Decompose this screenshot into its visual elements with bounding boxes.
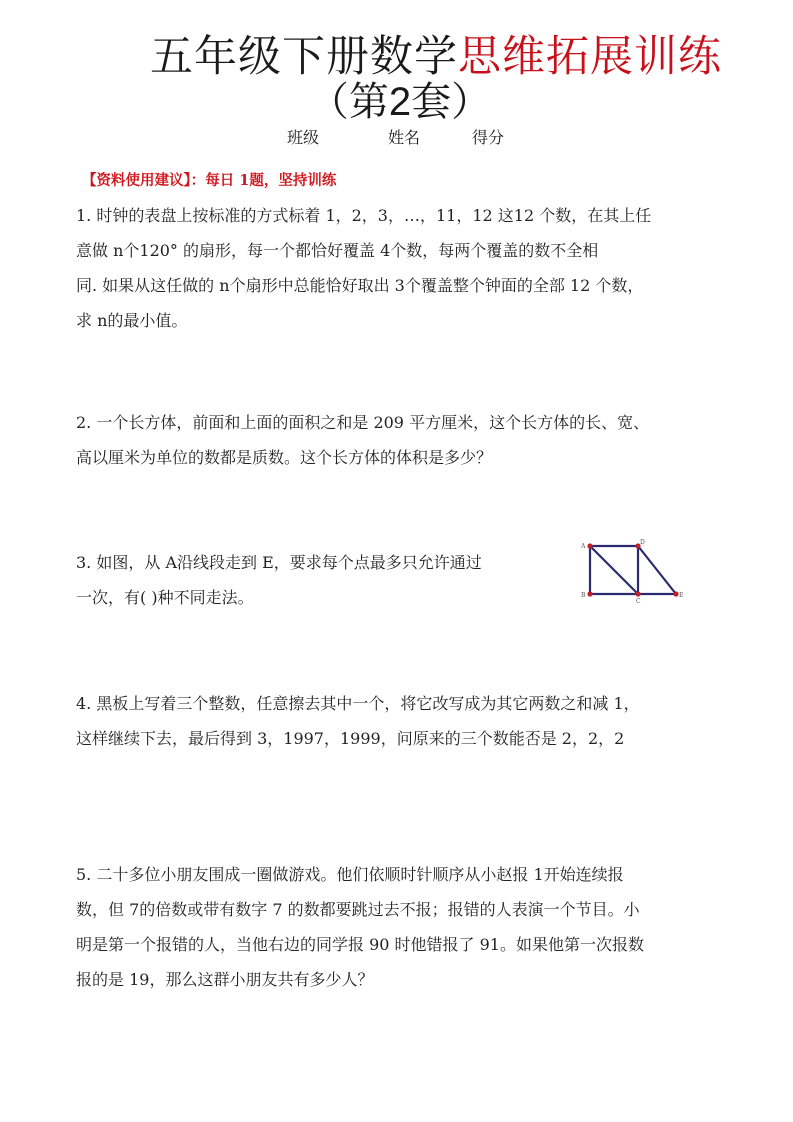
question-4: 4. 黑板上写着三个整数，任意擦去其中一个，将它改写成为其它两数之和减 1， 这… <box>76 686 736 756</box>
question-3: 3. 如图，从 A沿线段走到 E，要求每个点最多只允许通过 一次，有( )种不同… <box>76 545 556 615</box>
question-line: 1. 时钟的表盘上按标准的方式标着 1，2，3，…，11，12 这12 个数，在… <box>76 198 736 233</box>
usage-tip: 【资料使用建议】：每日 1题，坚持训练 <box>82 171 336 191</box>
question-line: 求 n的最小值。 <box>76 303 736 338</box>
page-subtitle: （第2套） <box>300 78 500 126</box>
name-field-label: 姓名 <box>388 128 420 150</box>
path-graph-figure: A D B C E <box>580 538 690 604</box>
usage-tip-label: 【资料使用建议】 <box>82 172 191 189</box>
question-1: 1. 时钟的表盘上按标准的方式标着 1，2，3，…，11，12 这12 个数，在… <box>76 198 736 338</box>
title-red: 思维拓展训练 <box>458 33 722 81</box>
question-line: 5. 二十多位小朋友围成一圈做游戏。他们依顺时针顺序从小赵报 1开始连续报 <box>76 857 736 892</box>
question-5: 5. 二十多位小朋友围成一圈做游戏。他们依顺时针顺序从小赵报 1开始连续报 数，… <box>76 857 736 997</box>
question-line: 这样继续下去，最后得到 3，1997，1999，问原来的三个数能否是 2，2，2 <box>76 721 736 756</box>
usage-tip-text: ：每日 1题，坚持训练 <box>191 172 337 189</box>
question-line: 意做 n个120° 的扇形，每一个都恰好覆盖 4个数，每两个覆盖的数不全相 <box>76 233 736 268</box>
class-field-label: 班级 <box>287 128 319 150</box>
title-black: 五年级下册数学 <box>150 33 458 81</box>
point-label-c: C <box>636 598 641 604</box>
point-label-a: A <box>580 543 586 550</box>
page-title: 五年级下册数学思维拓展训练 <box>150 32 710 82</box>
question-line: 明是第一个报错的人，当他右边的同学报 90 时他错报了 91。如果他第一次报数 <box>76 927 736 962</box>
question-line: 同. 如果从这任做的 n个扇形中总能恰好取出 3个覆盖整个钟面的全部 12 个数… <box>76 268 736 303</box>
question-line: 4. 黑板上写着三个整数，任意擦去其中一个，将它改写成为其它两数之和减 1， <box>76 686 736 721</box>
point-label-e: E <box>679 592 683 599</box>
question-line: 高以厘米为单位的数都是质数。这个长方体的体积是多少？ <box>76 440 736 475</box>
question-line: 报的是 19，那么这群小朋友共有多少人？ <box>76 962 736 997</box>
point-label-b: B <box>581 592 586 599</box>
question-line: 3. 如图，从 A沿线段走到 E，要求每个点最多只允许通过 <box>76 545 556 580</box>
question-line: 一次，有( )种不同走法。 <box>76 580 556 615</box>
question-line: 2. 一个长方体，前面和上面的面积之和是 209 平方厘米，这个长方体的长、宽、 <box>76 405 736 440</box>
score-field-label: 得分 <box>472 128 504 150</box>
question-2: 2. 一个长方体，前面和上面的面积之和是 209 平方厘米，这个长方体的长、宽、… <box>76 405 736 475</box>
point-label-d: D <box>640 539 645 546</box>
question-line: 数，但 7的倍数或带有数字 7 的数都要跳过去不报；报错的人表演一个节目。小 <box>76 892 736 927</box>
